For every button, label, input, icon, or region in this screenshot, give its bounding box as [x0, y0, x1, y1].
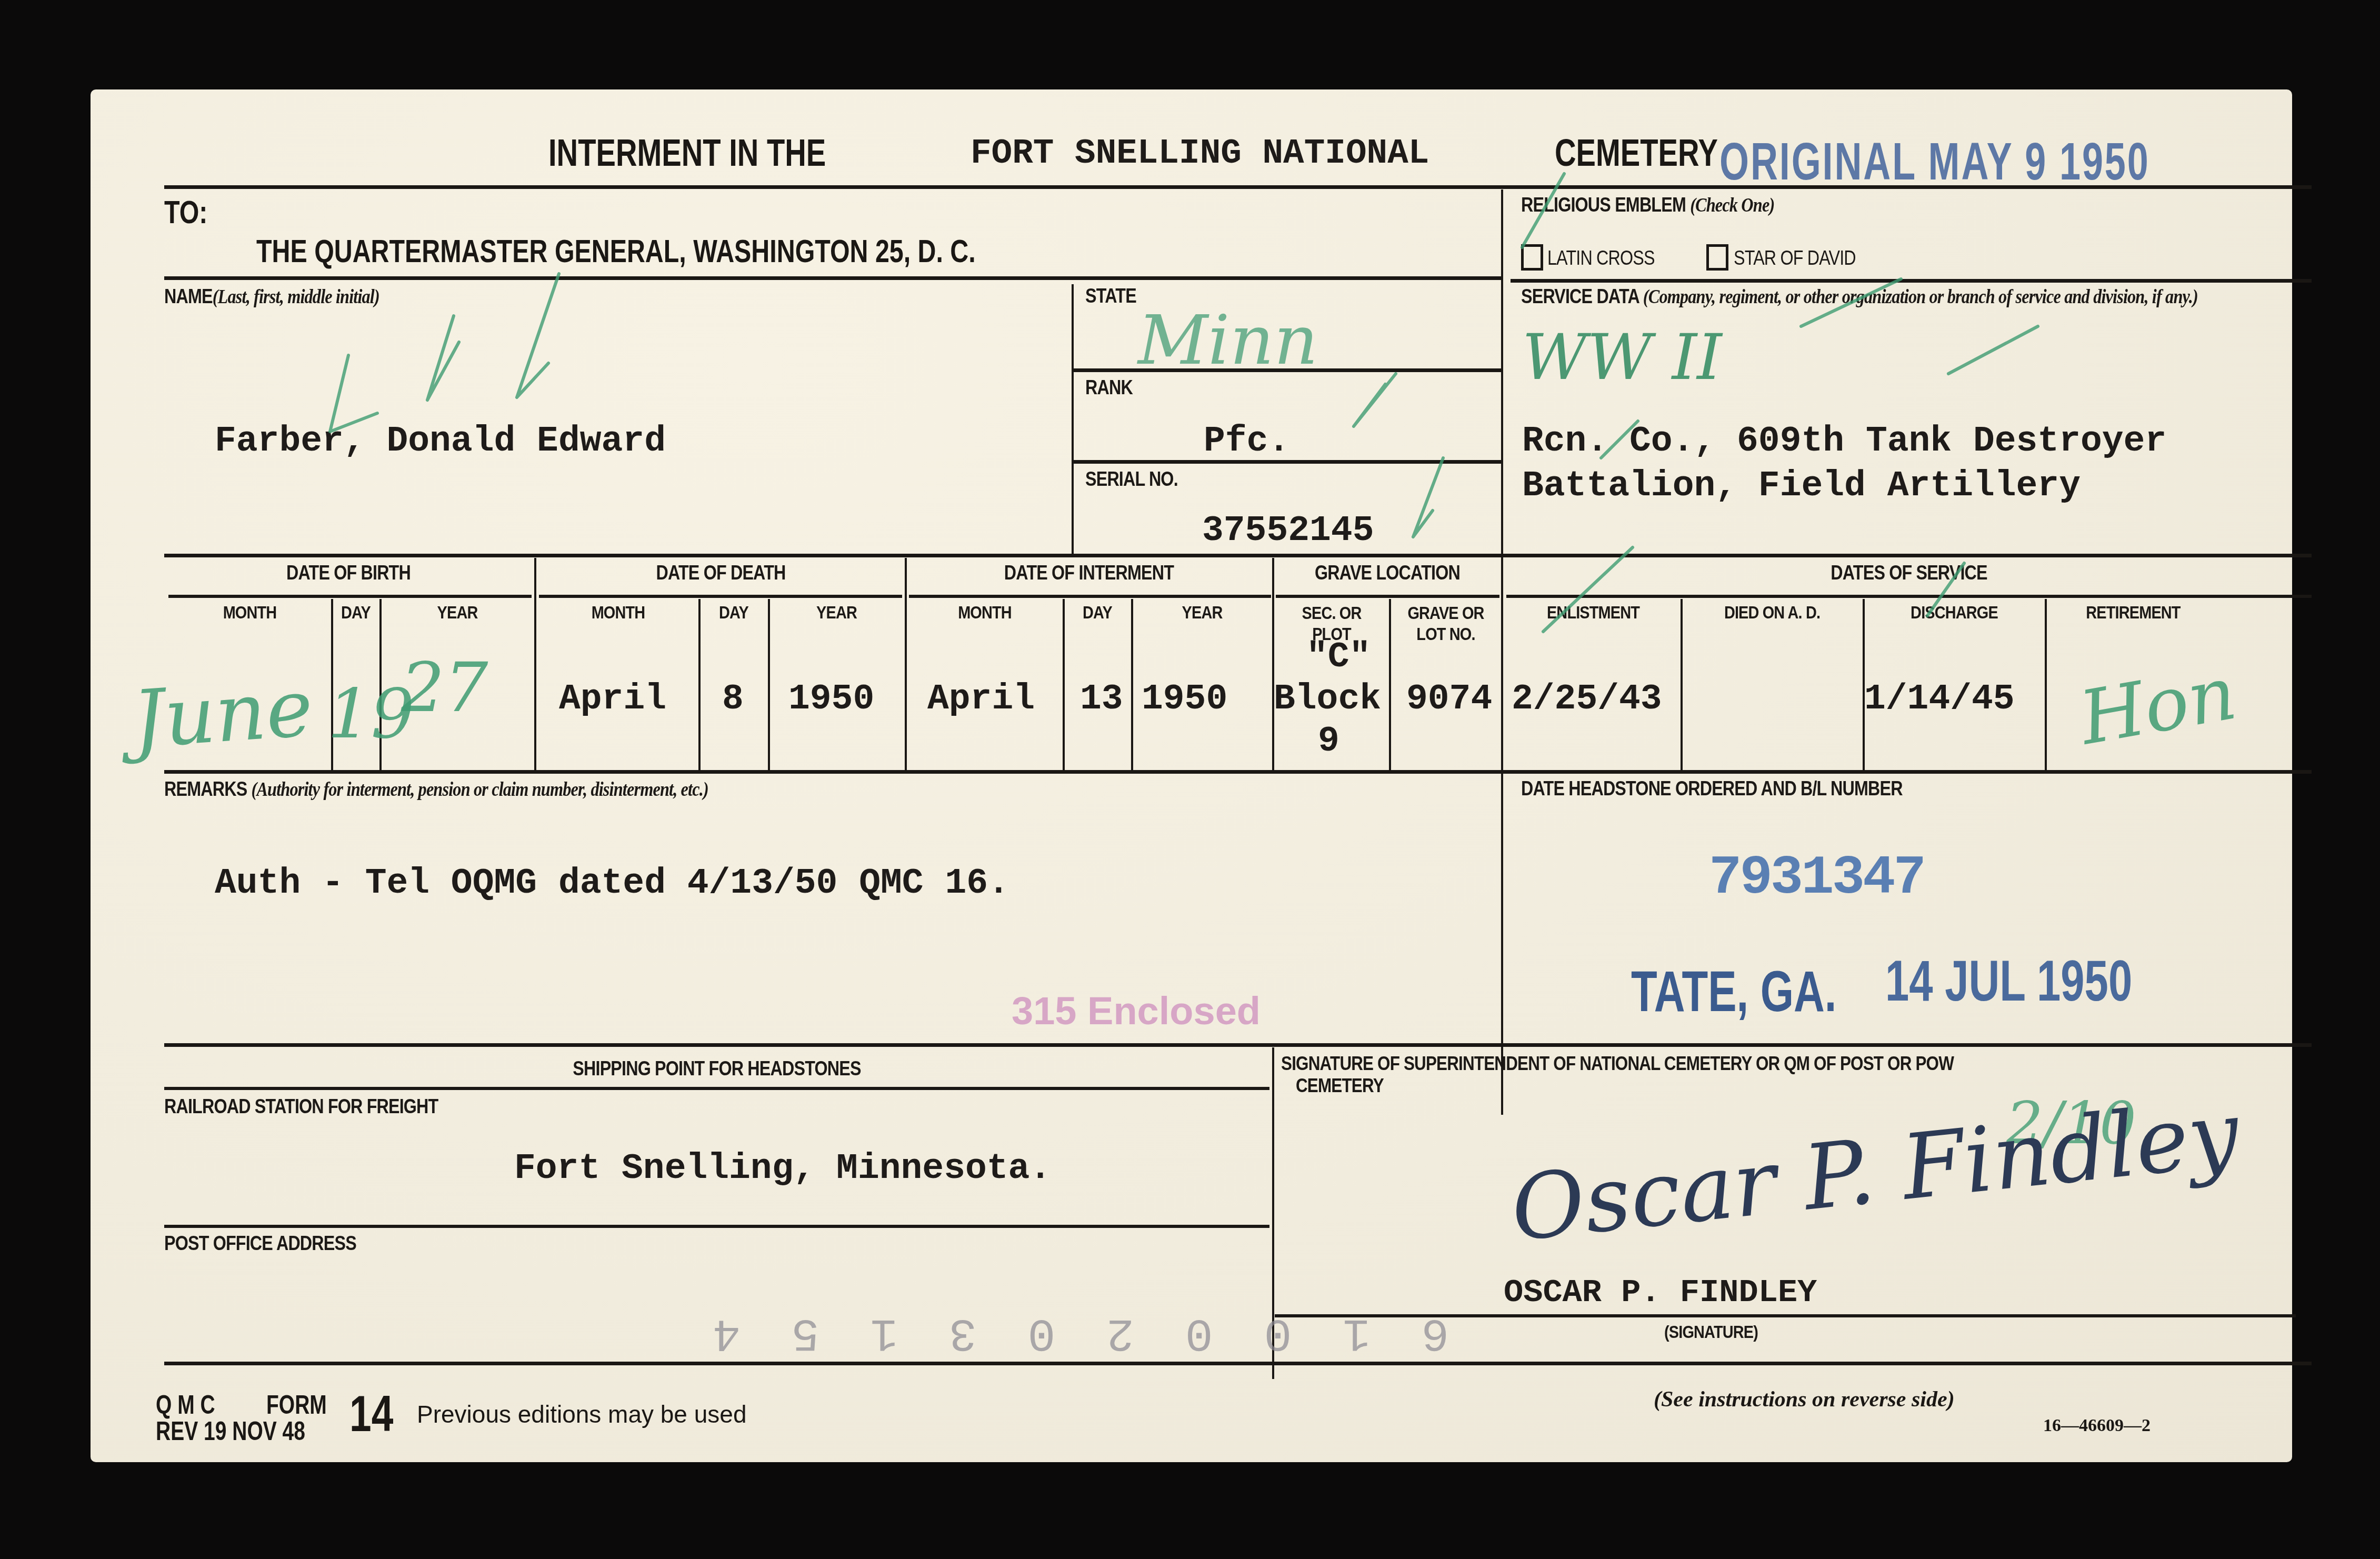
date-of-interment-label: DATE OF INTERMENT	[935, 562, 1244, 585]
revision-label: REV 19 NOV 48	[156, 1416, 305, 1446]
railroad-station-label: RAILROAD STATION FOR FREIGHT	[164, 1096, 438, 1118]
instructions-note: (See instructions on reverse side)	[1654, 1387, 1955, 1412]
signature-label: SIGNATURE OF SUPERINTENDENT OF NATIONAL …	[1281, 1053, 1954, 1075]
print-code: 16—46609—2	[2043, 1416, 2151, 1436]
grave-lot-header: GRAVE ORLOT NO.	[1399, 603, 1493, 645]
divider	[1074, 368, 1503, 372]
check-icon	[330, 355, 377, 432]
doi-month-value: April	[927, 679, 1035, 719]
shipping-point-label: SHIPPING POINT FOR HEADSTONES	[247, 1058, 1187, 1081]
star-of-david-label: STAR OF DAVID	[1734, 247, 1856, 270]
dod-day-header: DAY	[705, 603, 763, 623]
divider	[698, 599, 701, 770]
enlistment-value: 2/25/43	[1512, 679, 1662, 719]
signature-label-cont: CEMETERY	[1296, 1075, 1384, 1097]
post-office-label: POST OFFICE ADDRESS	[164, 1233, 356, 1255]
to-label: TO:	[164, 194, 207, 231]
state-column-divider	[1072, 284, 1074, 555]
divider	[164, 1043, 2312, 1047]
war-note: WW II	[1522, 321, 1722, 394]
discharge-value: 1/14/45	[1864, 679, 2015, 719]
cemetery-name: FORT SNELLING NATIONAL	[971, 134, 1429, 173]
enclosed-stamp: 315 Enclosed	[1012, 988, 1261, 1033]
latin-cross-checkbox[interactable]	[1521, 244, 1543, 271]
divider	[768, 599, 770, 770]
bl-number: 7931347	[1709, 847, 1924, 910]
dod-month-value: April	[559, 679, 666, 719]
headstone-stamp-place: TATE, GA.	[1631, 958, 1836, 1025]
star-of-david-checkbox[interactable]	[1706, 244, 1728, 271]
previous-editions-note: Previous editions may be used	[417, 1400, 746, 1428]
divider	[1272, 558, 1274, 771]
divider	[1063, 599, 1065, 770]
divider	[164, 770, 2312, 774]
doi-day-header: DAY	[1069, 603, 1125, 623]
divider	[905, 558, 907, 771]
railroad-station-value: Fort Snelling, Minnesota.	[514, 1148, 1051, 1189]
divider	[1074, 460, 1503, 464]
divider	[164, 276, 1501, 280]
received-stamp: ORIGINAL MAY 9 1950	[1719, 132, 2150, 192]
divider	[164, 1225, 1269, 1228]
typed-signatory-name: OSCAR P. FINDLEY	[1504, 1274, 1817, 1311]
service-data-line2: Battalion, Field Artillery	[1522, 466, 2081, 506]
grave-section-block: Block	[1274, 679, 1381, 719]
divider	[1681, 599, 1683, 770]
divider	[1131, 599, 1133, 770]
headstone-stamp-date: 14 JUL 1950	[1885, 947, 2132, 1014]
divider	[168, 595, 532, 598]
dod-year-value: 1950	[788, 679, 874, 719]
doi-year-header: YEAR	[1143, 603, 1261, 623]
rank-label: RANK	[1085, 377, 1133, 399]
divider	[164, 185, 2312, 189]
dod-year-header: YEAR	[779, 603, 894, 623]
addressee: THE QUARTERMASTER GENERAL, WASHINGTON 25…	[256, 233, 976, 270]
divider	[164, 1362, 2312, 1365]
service-data-label: SERVICE DATA (Company, regiment, or othe…	[1521, 285, 2282, 308]
grave-location-label: GRAVE LOCATION	[1292, 562, 1483, 585]
state-label: STATE	[1085, 285, 1136, 308]
headstone-label: DATE HEADSTONE ORDERED AND B/L NUMBER	[1521, 778, 1903, 801]
retirement-header: RETIREMENT	[2059, 603, 2207, 623]
serial-value: 37552145	[1202, 511, 1374, 551]
discharge-header: DISCHARGE	[1878, 603, 2031, 623]
divider	[909, 595, 1271, 598]
serial-label: SERIAL NO.	[1085, 468, 1178, 491]
latin-cross-label: LATIN CROSS	[1547, 247, 1655, 270]
form-title-suffix: CEMETERY	[1555, 132, 1718, 175]
divider	[1511, 279, 2312, 283]
dob-month-header: MONTH	[182, 603, 318, 623]
grave-section-number: 9	[1318, 721, 1339, 762]
died-on-ad-header: DIED ON A. D.	[1696, 603, 1849, 623]
divider	[164, 554, 2312, 557]
doi-day-value: 13	[1080, 679, 1123, 719]
remarks-label: REMARKS (Authority for interment, pensio…	[164, 778, 708, 801]
dod-day-value: 8	[722, 679, 744, 719]
dob-year-header: YEAR	[393, 603, 523, 623]
rank-value: Pfc.	[1204, 421, 1289, 462]
handwritten-signature: Oscar P. Findley	[1506, 1082, 2244, 1262]
dob-month-value: June	[129, 662, 315, 766]
retirement-note: Hon	[2074, 650, 2242, 762]
doi-year-value: 1950	[1142, 679, 1227, 719]
dob-year-value: 27	[401, 647, 488, 727]
dod-month-header: MONTH	[550, 603, 686, 623]
interment-form-card: INTERMENT IN THE FORT SNELLING NATIONAL …	[91, 89, 2292, 1462]
form-number: 14	[349, 1385, 393, 1443]
name-label: NAME(Last, first, middle initial)	[164, 285, 379, 308]
signature-caption: (SIGNATURE)	[1664, 1322, 1758, 1343]
inverted-number-stamp: 6 1 0 0 2 0 3 1 5 4	[701, 1306, 1449, 1358]
divider	[539, 595, 902, 598]
name-value: Farber, Donald Edward	[215, 421, 666, 462]
remarks-value: Auth - Tel OQMG dated 4/13/50 QMC 16.	[215, 863, 1009, 904]
form-title-prefix: INTERMENT IN THE	[548, 132, 826, 175]
doi-month-header: MONTH	[919, 603, 1051, 623]
grave-section-quote: "C"	[1306, 637, 1371, 677]
dob-day-header: DAY	[336, 603, 376, 623]
date-of-death-label: DATE OF DEATH	[565, 562, 876, 585]
dates-of-service-label: DATES OF SERVICE	[1567, 562, 2252, 585]
grave-lot-value: 9074	[1406, 679, 1492, 719]
religious-emblem-label: RELIGIOUS EMBLEM (Check One)	[1521, 194, 1774, 217]
service-data-line1: Rcn. Co., 609th Tank Destroyer	[1522, 421, 2166, 462]
divider	[1389, 599, 1391, 770]
right-column-divider	[1501, 189, 1503, 1115]
divider	[2045, 599, 2047, 770]
divider	[164, 1087, 1269, 1090]
divider	[1506, 595, 2312, 598]
divider	[534, 558, 536, 771]
divider	[1276, 595, 1499, 598]
date-of-birth-label: DATE OF BIRTH	[192, 562, 505, 585]
enlistment-header: ENLISTMENT	[1519, 603, 1667, 623]
